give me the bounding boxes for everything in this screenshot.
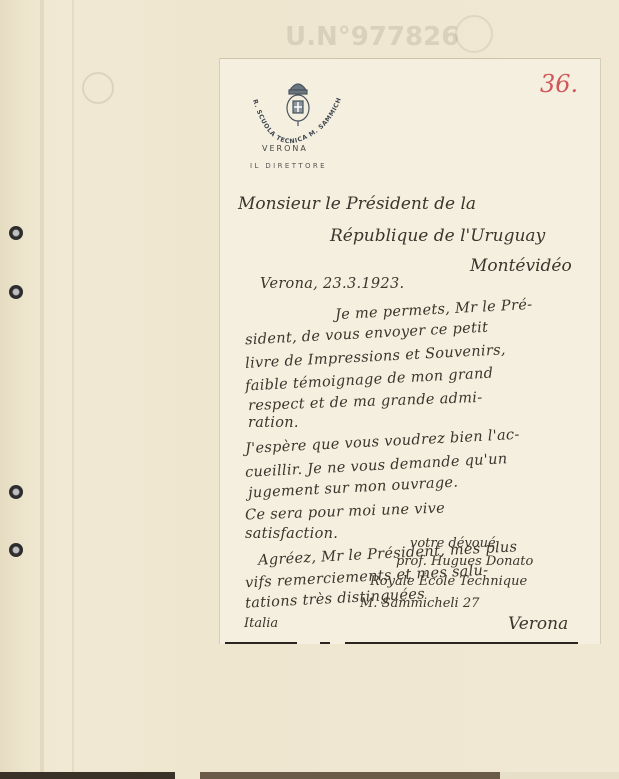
page-edge: [345, 642, 578, 644]
signature-country: Italia: [244, 616, 278, 631]
letterhead-office: IL DIRETTORE: [250, 162, 327, 170]
closing-salutation: votre dévoué: [410, 536, 496, 551]
signature-city: Verona: [508, 614, 568, 634]
binder-hole-icon: [9, 226, 23, 240]
dateline: Verona, 23.3.1923.: [260, 276, 404, 292]
page-edge: [320, 642, 330, 644]
paper-fold: [40, 0, 44, 779]
binder-hole-icon: [9, 543, 23, 557]
address-line: Monsieur le Président de la: [238, 194, 476, 214]
body-line: Ce sera pour moi une vive: [245, 501, 446, 524]
body-line: ration.: [248, 415, 299, 431]
signature-school: Royale École Technique: [370, 574, 527, 589]
body-line: Je me permets, Mr le Pré-: [335, 297, 533, 323]
crest-text: R. SCUOLA TECNICA M. SAMMICHELI: [238, 72, 343, 145]
bottom-edge: [0, 772, 619, 779]
signature-address: M. Sammicheli 27: [360, 596, 479, 611]
ghost-seal-icon: [455, 15, 493, 53]
page-edge: [225, 642, 297, 644]
binder-hole-icon: [9, 485, 23, 499]
ghost-stamp: U.N°977826: [285, 22, 459, 52]
paper-fold: [72, 0, 74, 779]
address-line: Montévidéo: [470, 256, 572, 276]
address-line: République de l'Uruguay: [330, 226, 545, 246]
binder-hole-icon: [9, 285, 23, 299]
body-line: respect et de ma grande admi-: [248, 390, 483, 414]
body-line: cueillir. Je ne vous demande qu'un: [245, 451, 508, 481]
signature-name: prof. Hugues Donato: [396, 554, 533, 569]
body-line: satisfaction.: [245, 526, 338, 542]
svg-text:R. SCUOLA TECNICA M. SAMMICHEL: R. SCUOLA TECNICA M. SAMMICHELI: [238, 72, 343, 145]
page-edge: [220, 58, 600, 59]
ghost-emblem-icon: [82, 72, 114, 104]
folio-number: 36.: [540, 70, 578, 98]
letter-page: R. SCUOLA TECNICA M. SAMMICHELI VERONA I…: [219, 58, 601, 644]
letterhead-city: VERONA: [262, 144, 308, 153]
